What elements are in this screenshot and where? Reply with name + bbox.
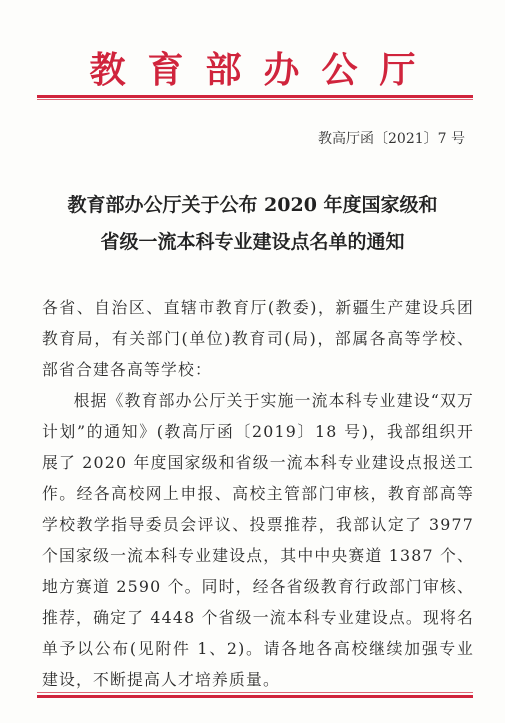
letterhead-char: 办 — [264, 42, 300, 93]
header-rule-thin — [37, 99, 473, 100]
document-body: 各省、自治区、直辖市教育厅(教委)，新疆生产建设兵团教育局，有关部门(单位)教育… — [42, 292, 474, 695]
footer-rule-thick — [37, 695, 473, 698]
document-title-line-1: 教育部办公厅关于公布 2020 年度国家级和 — [0, 190, 505, 217]
letterhead-char: 公 — [322, 42, 358, 93]
header-rule-thick — [37, 95, 473, 98]
addressees: 各省、自治区、直辖市教育厅(教委)，新疆生产建设兵团教育局，有关部门(单位)教育… — [42, 292, 474, 385]
letterhead-issuer: 教育部办公厅 — [0, 42, 505, 93]
body-paragraph: 根据《教育部办公厅关于实施一流本科专业建设“双万计划”的通知》(教高厅函〔201… — [42, 385, 474, 695]
document-title-line-2: 省级一流本科专业建设点名单的通知 — [0, 227, 505, 254]
letterhead-char: 育 — [147, 42, 183, 93]
footer-rule-thin — [37, 692, 473, 693]
document-number: 教高厅函〔2021〕7 号 — [318, 128, 465, 148]
letterhead-char: 部 — [205, 42, 241, 93]
letterhead-char: 教 — [89, 42, 125, 93]
letterhead-char: 厅 — [380, 42, 416, 93]
